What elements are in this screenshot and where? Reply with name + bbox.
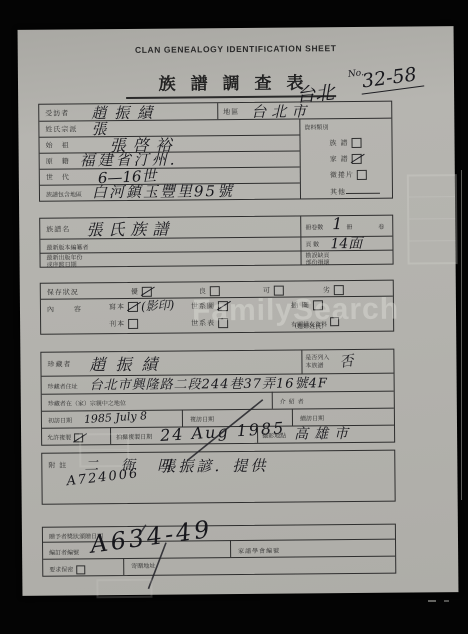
film-edge-tick-2 — [444, 600, 449, 602]
coverage-label: 族譜包含地區 — [46, 189, 82, 198]
category-option-clan-genealogy: 族 譜 — [329, 138, 361, 148]
clan-label: 姓氏宗派 — [45, 124, 77, 134]
owner-address-value: 台北市興隆路二段244巷37弄16號4F — [90, 372, 328, 393]
note-line2: A724006 — [66, 466, 140, 489]
clan-genealogy-checkbox — [351, 138, 361, 148]
category-option-microfilm-label: 微捲片 — [330, 172, 354, 179]
secrecy-request-label: 要求保密 — [49, 567, 73, 573]
surveyor-label: 受訪者 — [45, 108, 69, 118]
notes-label: 附 註 — [48, 460, 67, 470]
secrecy-checkbox — [76, 565, 85, 574]
condition-label: 保存狀況 — [47, 287, 79, 297]
watermark: FamilySearch — [192, 293, 399, 329]
damage-label-line2: 部份損壞 — [306, 257, 330, 266]
origin-label: 原籍 — [46, 156, 78, 166]
owner-value: 趙振績 — [89, 352, 167, 376]
faint-seal-stamp-middle — [79, 433, 129, 467]
first-ancestor-label: 始祖 — [46, 140, 78, 150]
introducer-label: 介紹者 — [280, 396, 307, 405]
scanned-form-page: CLAN GENEALOGY IDENTIFICATION SHEET 族譜調查… — [18, 26, 459, 596]
first-visit-label: 初訪日期 — [48, 415, 72, 424]
volumes-label: 冊卷數 — [305, 222, 323, 231]
category-option-clan-genealogy-label: 族 譜 — [330, 140, 349, 147]
owner-address-label: 珍藏者住址 — [48, 381, 78, 390]
content-manuscript: 寫本 — [109, 302, 138, 312]
content-print-label: 刊本 — [109, 321, 125, 328]
manuscript-note-handwritten: (影印) — [140, 296, 174, 315]
juan-unit: 卷 — [378, 222, 384, 231]
listed-value: 否 — [338, 350, 355, 372]
scanned-document-viewport: CLAN GENEALOGY IDENTIFICATION SHEET 族譜調查… — [0, 0, 468, 634]
faint-seal-stamp-bottom — [96, 579, 152, 598]
permit-copy: 允許複製 — [47, 432, 83, 442]
category-option-other: 其他 — [330, 185, 380, 197]
content-print: 刊本 — [109, 319, 138, 329]
content-label: 內 容 — [47, 304, 90, 314]
category-label: 資料類別 — [304, 122, 328, 131]
no-note-handwritten: 32-58 — [359, 63, 424, 95]
category-option-family-genealogy-label: 家 譜 — [330, 156, 349, 163]
print-checkbox — [128, 319, 138, 329]
table-genealogy-volume: 族譜名 張氏族譜 最新版本編纂者 最新出版年份 或序跋日期 冊卷數 1 冊 卷 … — [39, 215, 393, 268]
volume-unit: 冊 — [346, 222, 352, 231]
film-place-value: 高雄市 — [294, 423, 354, 444]
family-genealogy-checkbox — [352, 154, 362, 164]
note-line3: 張振諺．提供 — [160, 455, 268, 477]
condition-excellent-label: 優 — [131, 289, 139, 296]
content-manuscript-label: 寫本 — [109, 304, 125, 311]
generations-label: 世代 — [46, 172, 78, 182]
manuscript-checkbox — [128, 302, 138, 312]
faint-seal-stamp-right — [407, 174, 458, 264]
society-no-label: 家譜學會編號 — [238, 546, 280, 555]
english-title: CLAN GENEALOGY IDENTIFICATION SHEET — [18, 42, 454, 56]
film-edge-line — [461, 170, 462, 500]
category-option-microfilm: 微捲片 — [330, 170, 367, 180]
film-place-label: 攝影地點 — [262, 431, 286, 440]
condition-excellent-checkbox — [142, 287, 152, 297]
gift-address-label: 寄贈地址 — [131, 561, 155, 570]
table-identity: 受訪者 趙振績 地區 台北市 姓氏宗派 張 始祖 張啓裕 原籍 福建省汀州. — [38, 101, 393, 202]
compiler-label: 最新版本編纂者 — [46, 242, 88, 251]
table-owner-visits: 珍藏者 趙振績 是否列入 本族譜 否 珍藏者住址 台北市興隆路二段244巷37弄… — [40, 349, 395, 446]
permit-copy-label: 允許複製 — [47, 435, 71, 441]
secrecy-request: 要求保密 — [49, 564, 85, 574]
first-visit-value: 1985 July 8 — [84, 409, 148, 426]
owner-position-label: 珍藏者在（家）宗親中之地位 — [48, 398, 126, 408]
coverage-value: 白河鎮玉豐里95號 — [92, 180, 234, 202]
condition-excellent: 優 — [131, 287, 152, 297]
volumes-value: 1 — [332, 214, 342, 233]
owner-label: 珍藏者 — [47, 359, 71, 369]
category-option-other-label: 其他 — [330, 189, 346, 196]
genealogy-title-label: 族譜名 — [46, 224, 70, 234]
microfilm-checkbox — [357, 170, 367, 180]
category-option-family-genealogy: 家 譜 — [330, 154, 362, 164]
pubyear-label-line2: 或序跋日期 — [47, 259, 77, 268]
third-visit-label: 續訪日期 — [300, 413, 324, 422]
pages-label: 頁 數 — [305, 239, 319, 248]
film-edge-tick-1 — [428, 600, 436, 602]
editor-no-label: 編訂者編號 — [49, 547, 79, 556]
listed-label-line2: 本族譜 — [305, 360, 323, 369]
district-label: 地區 — [223, 107, 239, 117]
